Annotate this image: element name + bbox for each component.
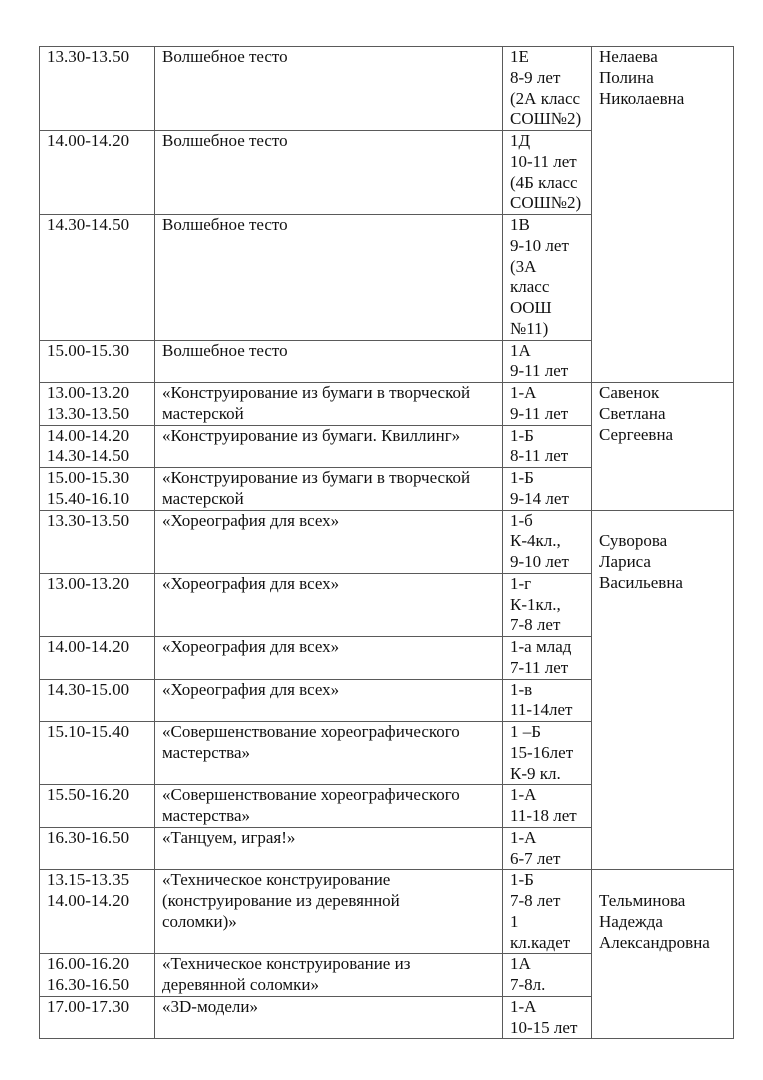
cell-activity-name: «Конструирование из бумаги в творческой … [155,468,503,511]
cell-time: 13.30-13.50 [40,47,155,131]
cell-time: 14.00-14.20 14.30-14.50 [40,425,155,468]
table-row: 13.30-13.50Волшебное тесто1Е 8-9 лет (2А… [40,47,734,131]
schedule-table: 13.30-13.50Волшебное тесто1Е 8-9 лет (2А… [39,46,734,1039]
cell-group: 1А 9-11 лет [503,340,592,383]
cell-time: 13.00-13.20 [40,573,155,636]
cell-group: 1-А 11-18 лет [503,785,592,828]
cell-group: 1-А 9-11 лет [503,383,592,426]
cell-activity-name: «3D-модели» [155,996,503,1039]
cell-time: 16.30-16.50 [40,827,155,870]
document-page: 13.30-13.50Волшебное тесто1Е 8-9 лет (2А… [0,0,763,1080]
table-row: 13.30-13.50«Хореография для всех»1-б К-4… [40,510,734,573]
cell-activity-name: «Хореография для всех» [155,573,503,636]
cell-teacher: Савенок Светлана Сергеевна [592,383,734,511]
cell-group: 1-Б 8-11 лет [503,425,592,468]
cell-time: 13.15-13.35 14.00-14.20 [40,870,155,954]
cell-time: 15.00-15.30 [40,340,155,383]
cell-time: 14.00-14.20 [40,637,155,680]
cell-activity-name: Волшебное тесто [155,47,503,131]
cell-teacher: Тельминова Надежда Александровна [592,870,734,1039]
cell-time: 15.00-15.30 15.40-16.10 [40,468,155,511]
cell-activity-name: «Хореография для всех» [155,510,503,573]
cell-activity-name: «Совершенствование хореографического мас… [155,722,503,785]
cell-activity-name: «Техническое конструирование из деревянн… [155,954,503,997]
cell-activity-name: «Танцуем, играя!» [155,827,503,870]
cell-group: 1-А 10-15 лет [503,996,592,1039]
cell-group: 1-г К-1кл., 7-8 лет [503,573,592,636]
cell-activity-name: «Хореография для всех» [155,679,503,722]
cell-activity-name: «Конструирование из бумаги в творческой … [155,383,503,426]
cell-group: 1-а млад 7-11 лет [503,637,592,680]
cell-group: 1В 9-10 лет (3А класс ООШ №11) [503,215,592,341]
cell-group: 1-Б 9-14 лет [503,468,592,511]
cell-group: 1-в 11-14лет [503,679,592,722]
cell-activity-name: «Конструирование из бумаги. Квиллинг» [155,425,503,468]
cell-activity-name: Волшебное тесто [155,215,503,341]
cell-time: 14.30-15.00 [40,679,155,722]
cell-group: 1-б К-4кл., 9-10 лет [503,510,592,573]
cell-activity-name: Волшебное тесто [155,131,503,215]
cell-activity-name: «Совершенствование хореографического мас… [155,785,503,828]
cell-group: 1-А 6-7 лет [503,827,592,870]
cell-teacher: Нелаева Полина Николаевна [592,47,734,383]
cell-time: 15.50-16.20 [40,785,155,828]
table-row: 13.15-13.35 14.00-14.20«Техническое конс… [40,870,734,954]
cell-time: 14.00-14.20 [40,131,155,215]
cell-time: 14.30-14.50 [40,215,155,341]
table-row: 13.00-13.20 13.30-13.50«Конструирование … [40,383,734,426]
cell-group: 1Д 10-11 лет (4Б класс СОШ№2) [503,131,592,215]
cell-time: 13.30-13.50 [40,510,155,573]
cell-activity-name: Волшебное тесто [155,340,503,383]
schedule-body: 13.30-13.50Волшебное тесто1Е 8-9 лет (2А… [40,47,734,1039]
cell-activity-name: «Хореография для всех» [155,637,503,680]
cell-time: 17.00-17.30 [40,996,155,1039]
cell-group: 1 –Б 15-16лет К-9 кл. [503,722,592,785]
cell-activity-name: «Техническое конструирование (конструиро… [155,870,503,954]
cell-time: 15.10-15.40 [40,722,155,785]
cell-group: 1А 7-8л. [503,954,592,997]
cell-teacher: Суворова Лариса Васильевна [592,510,734,870]
cell-time: 16.00-16.20 16.30-16.50 [40,954,155,997]
cell-group: 1-Б 7-8 лет 1 кл.кадет [503,870,592,954]
cell-time: 13.00-13.20 13.30-13.50 [40,383,155,426]
cell-group: 1Е 8-9 лет (2А класс СОШ№2) [503,47,592,131]
